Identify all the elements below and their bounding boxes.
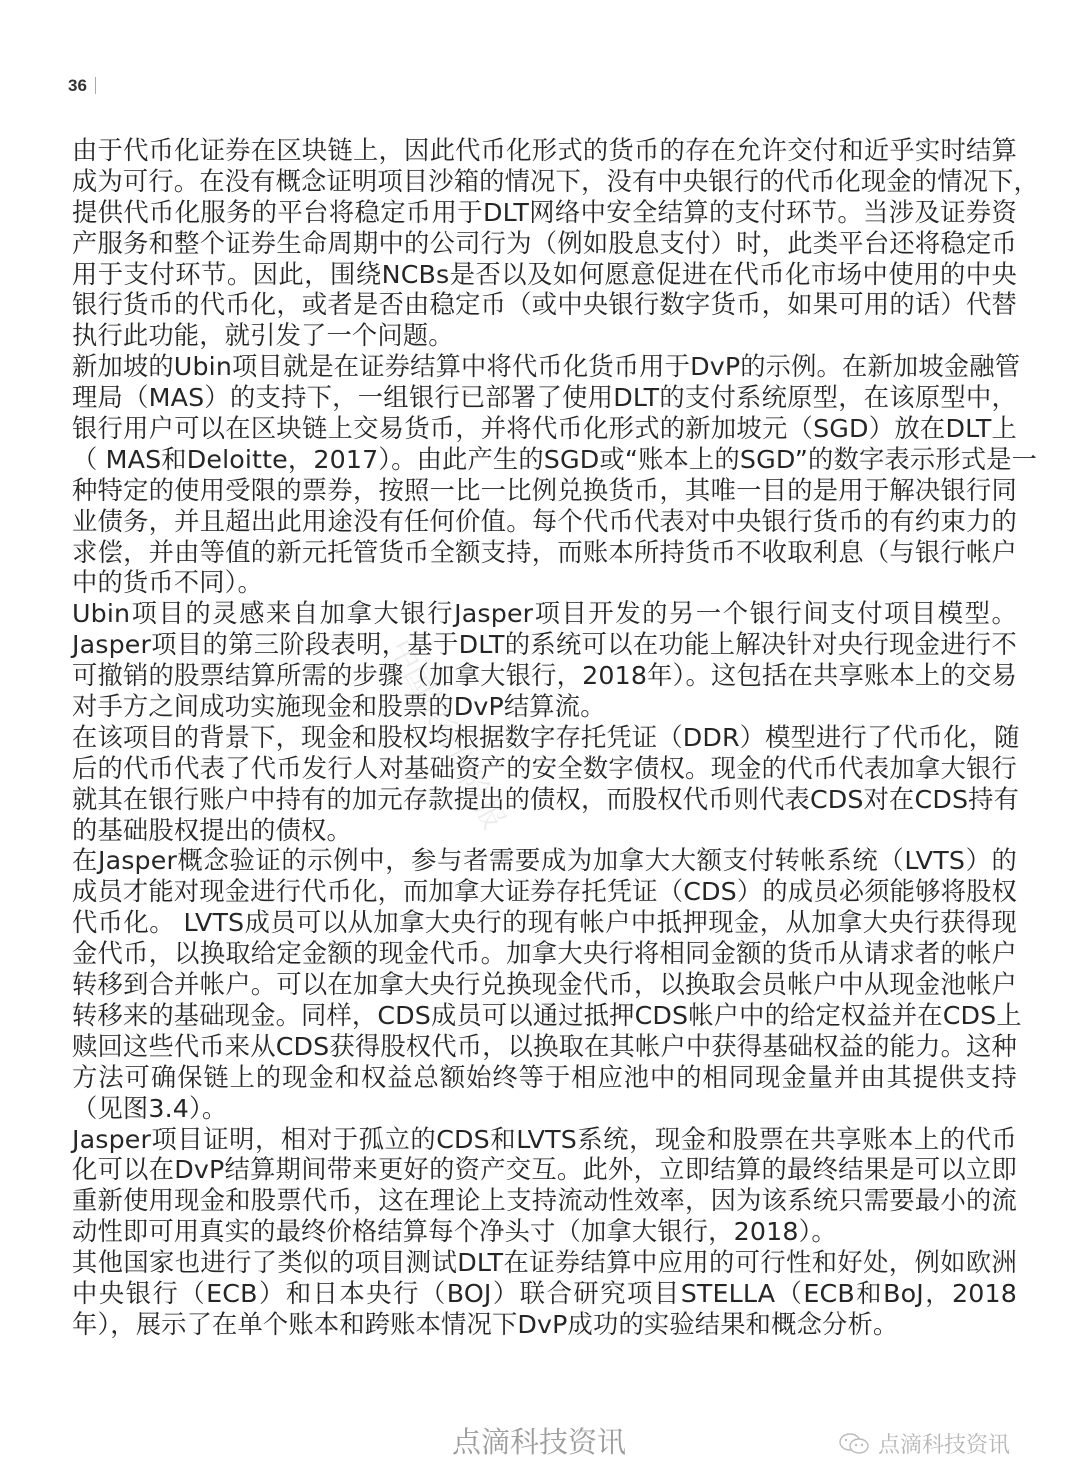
footer-watermark: 点滴科技资讯 <box>452 1420 626 1461</box>
text-line: 成为可行。在没有概念证明项目沙箱的情况下，没有中央银行的代币化现金的情况下， <box>72 167 1017 198</box>
paragraph: 在该项目的背景下，现金和股权均根据数字存托凭证（DDR）模型进行了代币化，随后的… <box>72 723 1017 847</box>
text-line: 的基础股权提出的债权。 <box>72 816 1017 847</box>
paragraph: Jasper项目证明，相对于孤立的CDS和LVTS系统，现金和股票在共享账本上的… <box>72 1125 1017 1249</box>
text-line: 动性即可用真实的最终价格结算每个净头寸（加拿大银行，2018）。 <box>72 1217 1017 1248</box>
text-line: Jasper项目证明，相对于孤立的CDS和LVTS系统，现金和股票在共享账本上的… <box>72 1125 1017 1156</box>
footer-brand-text: 点滴科技资讯 <box>878 1428 1010 1459</box>
text-line: 在Jasper概念验证的示例中，参与者需要成为加拿大大额支付转帐系统（LVTS）… <box>72 846 1017 877</box>
text-line: 业债务，并且超出此用途没有任何价值。每个代币代表对中央银行货币的有约束力的 <box>72 507 1017 538</box>
footer-brand: 点滴科技资讯 <box>838 1428 1010 1459</box>
text-line: 年），展示了在单个账本和跨账本情况下DvP成功的实验结果和概念分析。 <box>72 1310 1017 1341</box>
text-line: 化可以在DvP结算期间带来更好的资产交互。此外，立即结算的最终结果是可以立即 <box>72 1155 1017 1186</box>
text-line: 理局（MAS）的支持下，一组银行已部署了使用DLT的支付系统原型，在该原型中， <box>72 383 1017 414</box>
text-line: 由于代币化证券在区块链上，因此代币化形式的货币的存在允许交付和近乎实时结算 <box>72 136 1017 167</box>
page-number: 36 <box>68 76 96 96</box>
text-line: 可撤销的股票结算所需的步骤（加拿大银行，2018年）。这包括在共享账本上的交易 <box>72 661 1017 692</box>
paragraph: 在Jasper概念验证的示例中，参与者需要成为加拿大大额支付转帐系统（LVTS）… <box>72 846 1017 1124</box>
paragraph: 其他国家也进行了类似的项目测试DLT在证券结算中应用的可行性和好处，例如欧洲中央… <box>72 1248 1017 1341</box>
text-line: 在该项目的背景下，现金和股权均根据数字存托凭证（DDR）模型进行了代币化，随 <box>72 723 1017 754</box>
paragraph: 由于代币化证券在区块链上，因此代币化形式的货币的存在允许交付和近乎实时结算成为可… <box>72 136 1017 352</box>
text-line: 产服务和整个证券生命周期中的公司行为（例如股息支付）时，此类平台还将稳定币 <box>72 229 1017 260</box>
text-line: 其他国家也进行了类似的项目测试DLT在证券结算中应用的可行性和好处，例如欧洲 <box>72 1248 1017 1279</box>
text-line: 银行货币的代币化，或者是否由稳定币（或中央银行数字货币，如果可用的话）代替 <box>72 290 1017 321</box>
paragraph: Ubin项目的灵感来自加拿大银行Jasper项目开发的另一个银行间支付项目模型。… <box>72 599 1017 723</box>
text-line: 赎回这些代币来从CDS获得股权代币，以换取在其帐户中获得基础权益的能力。这种 <box>72 1032 1017 1063</box>
paragraph: 新加坡的Ubin项目就是在证券结算中将代币化货币用于DvP的示例。在新加坡金融管… <box>72 352 1017 599</box>
text-line: 代币化。 LVTS成员可以从加拿大央行的现有帐户中抵押现金，从加拿大央行获得现 <box>72 908 1017 939</box>
text-line: （见图3.4）。 <box>72 1094 1017 1125</box>
page-number-text: 36 <box>68 76 87 95</box>
text-line: 提供代币化服务的平台将稳定币用于DLT网络中安全结算的支付环节。当涉及证券资 <box>72 198 1017 229</box>
text-line: 银行用户可以在区块链上交易货币，并将代币化形式的新加坡元（SGD）放在DLT上 <box>72 414 1017 445</box>
text-line: 执行此功能，就引发了一个问题。 <box>72 321 1017 352</box>
text-line: 对手方之间成功实施现金和股票的DvP结算流。 <box>72 692 1017 723</box>
document-body: 由于代币化证券在区块链上，因此代币化形式的货币的存在允许交付和近乎实时结算成为可… <box>72 136 1017 1341</box>
text-line: （ MAS和Deloitte，2017）。由此产生的SGD或“账本上的SGD”的… <box>72 445 1017 476</box>
text-line: 就其在银行账户中持有的加元存款提出的债权，而股权代币则代表CDS对在CDS持有 <box>72 785 1017 816</box>
text-line: 种特定的使用受限的票券，按照一比一比例兑换货币，其唯一目的是用于解决银行同 <box>72 476 1017 507</box>
page-number-divider <box>95 77 96 94</box>
text-line: 用于支付环节。因此，围绕NCBs是否以及如何愿意促进在代币化市场中使用的中央 <box>72 260 1017 291</box>
text-line: Jasper项目的第三阶段表明，基于DLT的系统可以在功能上解决针对央行现金进行… <box>72 630 1017 661</box>
wechat-icon <box>838 1432 872 1456</box>
text-line: 重新使用现金和股票代币，这在理论上支持流动性效率，因为该系统只需要最小的流 <box>72 1186 1017 1217</box>
text-line: 金代币，以换取给定金额的现金代币。加拿大央行将相同金额的货币从请求者的帐户 <box>72 939 1017 970</box>
text-line: 中的货币不同）。 <box>72 568 1017 599</box>
text-line: 新加坡的Ubin项目就是在证券结算中将代币化货币用于DvP的示例。在新加坡金融管 <box>72 352 1017 383</box>
text-line: 求偿，并由等值的新元托管货币全额支持，而账本所持货币不收取利息（与银行帐户 <box>72 538 1017 569</box>
text-line: 后的代币代表了代币发行人对基础资产的安全数字债权。现金的代币代表加拿大银行 <box>72 754 1017 785</box>
text-line: 中央银行（ECB）和日本央行（BOJ）联合研究项目STELLA（ECB和BoJ，… <box>72 1279 1017 1310</box>
text-line: 成员才能对现金进行代币化，而加拿大证券存托凭证（CDS）的成员必须能够将股权 <box>72 877 1017 908</box>
text-line: Ubin项目的灵感来自加拿大银行Jasper项目开发的另一个银行间支付项目模型。 <box>72 599 1017 630</box>
text-line: 转移到合并帐户。可以在加拿大央行兑换现金代币，以换取会员帐户中从现金池帐户 <box>72 970 1017 1001</box>
text-line: 方法可确保链上的现金和权益总额始终等于相应池中的相同现金量并由其提供支持 <box>72 1063 1017 1094</box>
text-line: 转移来的基础现金。同样，CDS成员可以通过抵押CDS帐户中的给定权益并在CDS上 <box>72 1001 1017 1032</box>
